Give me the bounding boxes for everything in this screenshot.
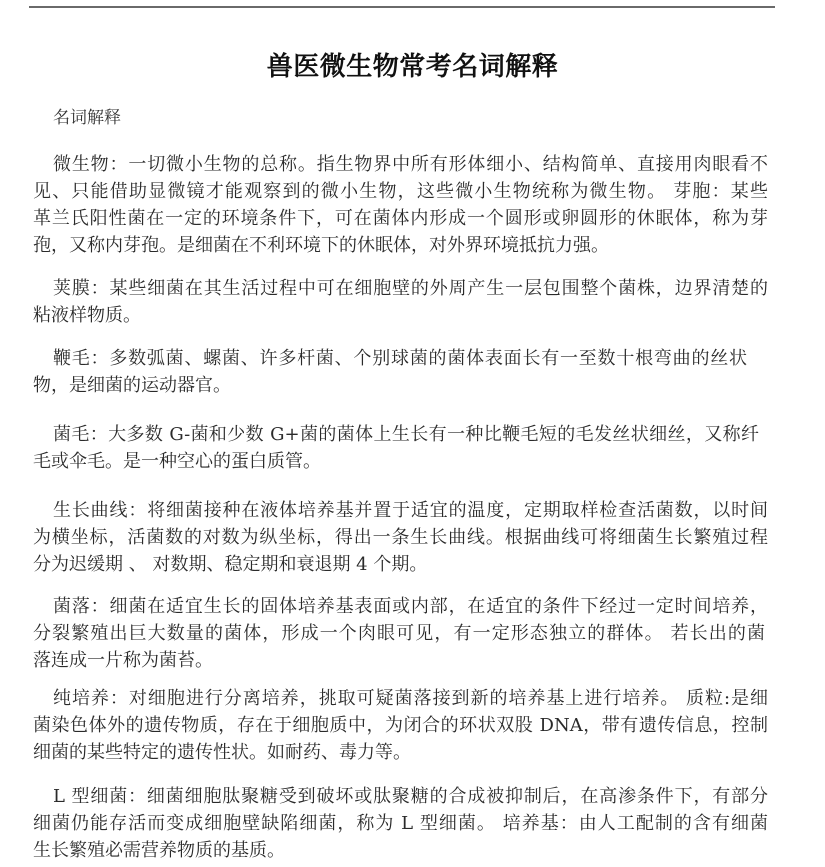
paragraph-line: 分为迟缓期 、 对数期、稳定期和衰退期 4 个期。 (33, 553, 768, 577)
paragraph-line: 微生物：一切微小生物的总称。指生物界中所有形体细小、结构简单、直接用肉眼看不 (53, 153, 768, 177)
paragraph-line: 菌染色体外的遗传物质，存在于细胞质中，为闭合的环状双股 DNA，带有遗传信息，控… (33, 714, 768, 738)
paragraph-line: 生长繁殖必需营养物质的基质。 (33, 839, 768, 863)
paragraph-line: 落连成一片称为菌苔。 (33, 649, 768, 673)
paragraph-line: 为横坐标，活菌数的对数为纵坐标，得出一条生长曲线。根据曲线可将细菌生长繁殖过程 (33, 526, 768, 550)
document-title: 兽医微生物常考名词解释 (0, 50, 825, 84)
paragraph-line: 纯培养：对细胞进行分离培养，挑取可疑菌落接到新的培养基上进行培养。 质粒:是细 (53, 687, 768, 711)
paragraph-line: 鞭毛：多数弧菌、螺菌、许多杆菌、个别球菌的菌体表面长有一至数十根弯曲的丝状 (53, 347, 747, 371)
paragraph-line: 毛或伞毛。是一种空心的蛋白质管。 (33, 450, 768, 474)
header-rule (29, 6, 775, 8)
paragraph-line: 孢，又称内芽孢。是细菌在不利环境下的休眠体，对外界环境抵抗力强。 (33, 234, 768, 258)
paragraph-line: 生长曲线：将细菌接种在液体培养基并置于适宜的温度，定期取样检查活菌数，以时间 (53, 499, 768, 523)
paragraph-line: 细菌的某些特定的遗传性状。如耐药、毒力等。 (33, 741, 768, 765)
paragraph-line: 物，是细菌的运动器官。 (33, 374, 768, 398)
paragraph-line: 菌毛：大多数 G-菌和少数 G+菌的菌体上生长有一种比鞭毛短的毛发丝状细丝，又称… (53, 423, 759, 447)
paragraph-line: L 型细菌：细菌细胞肽聚糖受到破坏或肽聚糖的合成被抑制后，在高渗条件下，有部分 (53, 785, 768, 809)
section-label: 名词解释 (53, 106, 121, 130)
paragraph-line: 粘液样物质。 (33, 304, 768, 328)
paragraph-line: 细菌仍能存活而变成细胞壁缺陷细菌，称为 L 型细菌。 培养基：由人工配制的含有细… (33, 812, 768, 836)
paragraph-line: 菌落：细菌在适宜生长的固体培养基表面或内部，在适宜的条件下经过一定时间培养， (53, 595, 768, 619)
paragraph-line: 见、只能借助显微镜才能观察到的微小生物，这些微小生物统称为微生物。 芽胞：某些 (33, 180, 768, 204)
paragraph-line: 分裂繁殖出巨大数量的菌体，形成一个肉眼可见，有一定形态独立的群体。 若长出的菌 (33, 622, 765, 646)
paragraph-line: 荚膜：某些细菌在其生活过程中可在细胞壁的外周产生一层包围整个菌株，边界清楚的 (53, 277, 768, 301)
paragraph-line: 革兰氏阳性菌在一定的环境条件下，可在菌体内形成一个圆形或卵圆形的休眠体，称为芽 (33, 207, 768, 231)
